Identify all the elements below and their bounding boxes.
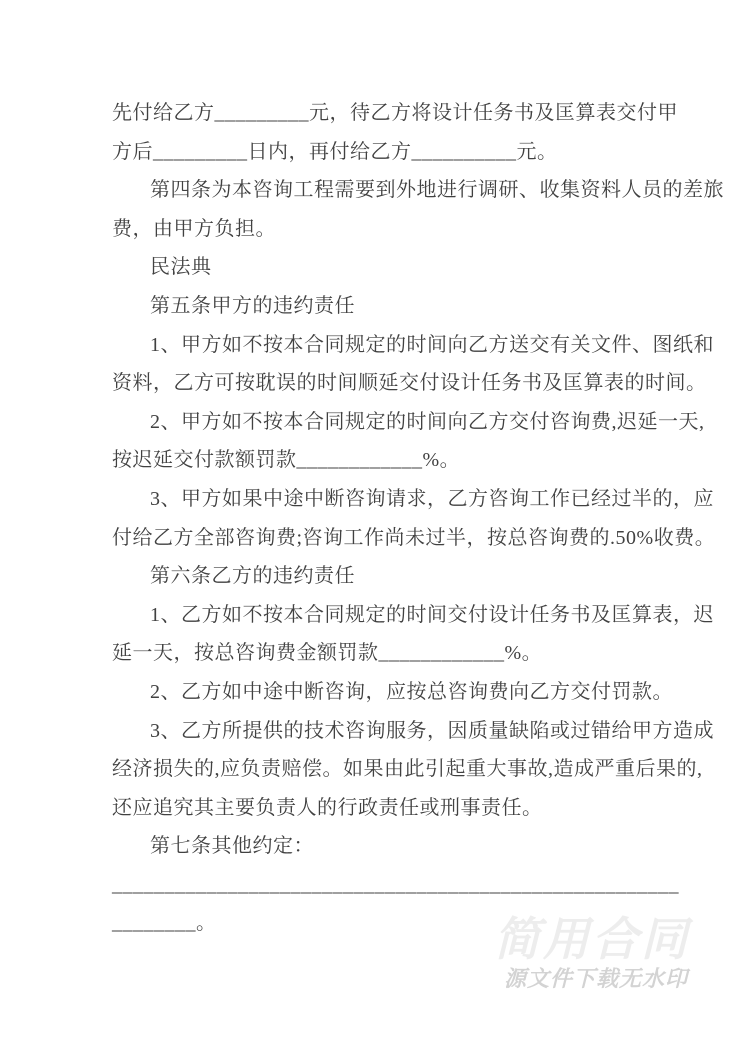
- watermark-tagline: 源文件下载无水印: [504, 968, 688, 990]
- contract-line: 第七条其他约定：: [112, 827, 660, 866]
- contract-line: 民法典: [112, 248, 660, 287]
- contract-line: 延一天，按总咨询费金额罚款____________%。: [112, 634, 660, 673]
- contract-line: 2、甲方如不按本合同规定的时间向乙方交付咨询费,迟延一天,: [112, 403, 660, 442]
- contract-line: 还应追究其主要负责人的行政责任或刑事责任。: [112, 789, 660, 828]
- contract-line: 3、甲方如果中途中断咨询请求，乙方咨询工作已经过半的，应: [112, 480, 660, 519]
- contract-line: 第六条乙方的违约责任: [112, 557, 660, 596]
- contract-line: 1、甲方如不按本合同规定的时间向乙方送交有关文件、图纸和: [112, 326, 660, 365]
- contract-line: 付给乙方全部咨询费;咨询工作尚未过半，按总咨询费的.50%收费。: [112, 519, 660, 558]
- contract-line: 3、乙方所提供的技术咨询服务，因质量缺陷或过错给甲方造成: [112, 712, 660, 751]
- contract-body: 先付给乙方_________元，待乙方将设计任务书及匡算表交付甲方后______…: [112, 94, 660, 943]
- watermark-brand: 简用合同: [494, 916, 690, 962]
- contract-line: 1、乙方如不按本合同规定的时间交付设计任务书及匡算表，迟: [112, 596, 660, 635]
- contract-line: 经济损失的,应负责赔偿。如果由此引起重大事故,造成严重后果的,: [112, 750, 660, 789]
- contract-line: 第四条为本咨询工程需要到外地进行调研、收集资料人员的差旅: [112, 171, 660, 210]
- contract-page: 先付给乙方_________元，待乙方将设计任务书及匡算表交付甲方后______…: [0, 0, 742, 1049]
- contract-line: 方后_________日内，再付给乙方__________元。: [112, 133, 660, 172]
- contract-line: ________________________________________…: [112, 866, 660, 905]
- contract-line: 第五条甲方的违约责任: [112, 287, 660, 326]
- contract-line: 先付给乙方_________元，待乙方将设计任务书及匡算表交付甲: [112, 94, 660, 133]
- contract-line: 按迟延交付款额罚款____________%。: [112, 441, 660, 480]
- contract-line: 费，由甲方负担。: [112, 210, 660, 249]
- contract-line: 资料，乙方可按耽误的时间顺延交付设计任务书及匡算表的时间。: [112, 364, 660, 403]
- contract-line: 2、乙方如中途中断咨询，应按总咨询费向乙方交付罚款。: [112, 673, 660, 712]
